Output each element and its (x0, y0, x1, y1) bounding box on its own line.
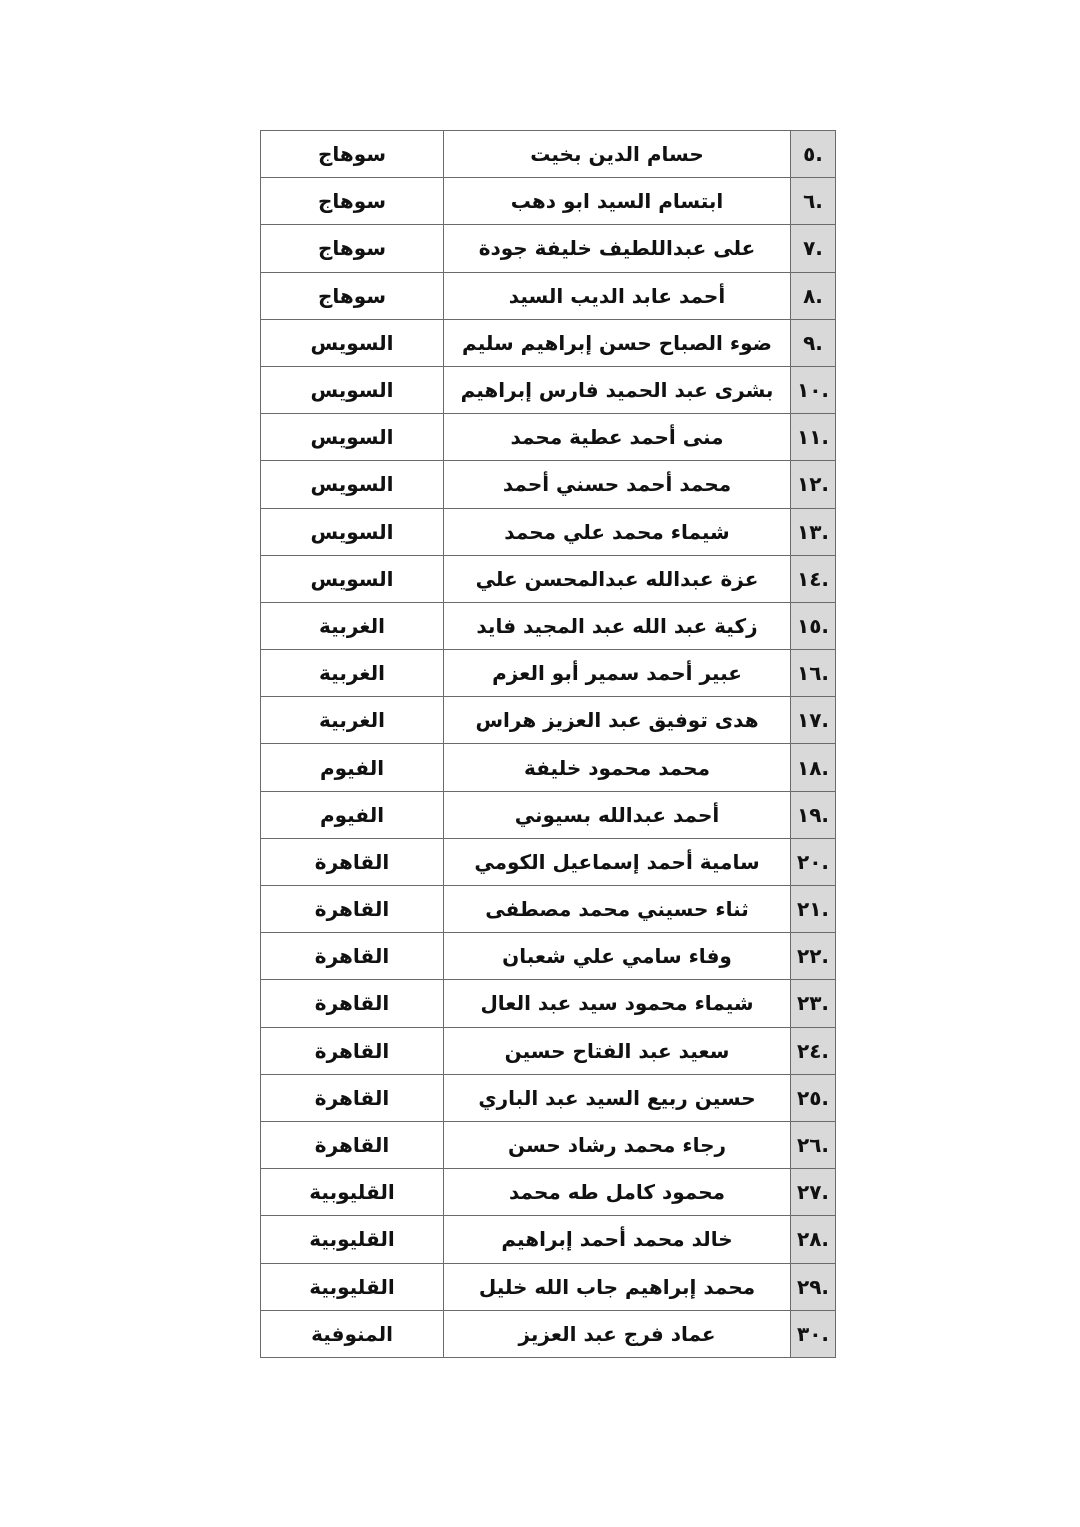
governorate-cell: سوهاج (261, 178, 444, 225)
governorate-cell: الغربية (261, 602, 444, 649)
person-name-cell: زكية عبد الله عبد المجيد فايد (444, 602, 791, 649)
table-row: .١٦عبير أحمد سمير أبو العزمالغربية (261, 650, 836, 697)
person-name-cell: ابتسام السيد ابو دهب (444, 178, 791, 225)
person-name-cell: هدى توفيق عبد العزيز هراس (444, 697, 791, 744)
row-number-cell: .٢١ (791, 886, 836, 933)
table-row: .٢٠سامية أحمد إسماعيل الكوميالقاهرة (261, 838, 836, 885)
person-name-cell: عزة عبدالله عبدالمحسن علي (444, 555, 791, 602)
person-name-cell: على عبداللطيف خليفة جودة (444, 225, 791, 272)
row-number-cell: .١٠ (791, 366, 836, 413)
row-number-cell: .٢٠ (791, 838, 836, 885)
person-name-cell: محمود كامل طه محمد (444, 1169, 791, 1216)
names-table: .٥حسام الدين بخيتسوهاج.٦ابتسام السيد ابو… (260, 130, 836, 1358)
table-row: .١٨محمد محمود خليفةالفيوم (261, 744, 836, 791)
governorate-cell: الفيوم (261, 744, 444, 791)
row-number-cell: .١٧ (791, 697, 836, 744)
table-row: .٢٩محمد إبراهيم جاب الله خليلالقليوبية (261, 1263, 836, 1310)
table-row: .٢٥حسين ربيع السيد عبد الباريالقاهرة (261, 1074, 836, 1121)
governorate-cell: القاهرة (261, 1074, 444, 1121)
table-row: .١٧هدى توفيق عبد العزيز هراسالغربية (261, 697, 836, 744)
row-number-cell: .١٣ (791, 508, 836, 555)
table-row: .١٠بشرى عبد الحميد فارس إبراهيمالسويس (261, 366, 836, 413)
table-row: .٨أحمد عابد الديب السيدسوهاج (261, 272, 836, 319)
governorate-cell: الغربية (261, 697, 444, 744)
table-row: .١٣شيماء محمد علي محمدالسويس (261, 508, 836, 555)
row-number-cell: .١٨ (791, 744, 836, 791)
person-name-cell: سامية أحمد إسماعيل الكومي (444, 838, 791, 885)
governorate-cell: القاهرة (261, 933, 444, 980)
person-name-cell: وفاء سامي علي شعبان (444, 933, 791, 980)
row-number-cell: .٣٠ (791, 1310, 836, 1357)
governorate-cell: القاهرة (261, 1121, 444, 1168)
table-row: .٩ضوء الصباح حسن إبراهيم سليمالسويس (261, 319, 836, 366)
row-number-cell: .٢٣ (791, 980, 836, 1027)
person-name-cell: شيماء محمود سيد عبد العال (444, 980, 791, 1027)
table-row: .٢٤سعيد عبد الفتاح حسينالقاهرة (261, 1027, 836, 1074)
row-number-cell: .١٦ (791, 650, 836, 697)
table-row: .٣٠عماد فرج عبد العزيزالمنوفية (261, 1310, 836, 1357)
row-number-cell: .٢٢ (791, 933, 836, 980)
governorate-cell: القليوبية (261, 1169, 444, 1216)
governorate-cell: سوهاج (261, 272, 444, 319)
table-row: .١٢محمد أحمد حسني أحمدالسويس (261, 461, 836, 508)
person-name-cell: ضوء الصباح حسن إبراهيم سليم (444, 319, 791, 366)
table-row: .٢١ثناء حسيني محمد مصطفىالقاهرة (261, 886, 836, 933)
table-row: .٦ابتسام السيد ابو دهبسوهاج (261, 178, 836, 225)
row-number-cell: .١٤ (791, 555, 836, 602)
table-row: .١٩أحمد عبدالله بسيونيالفيوم (261, 791, 836, 838)
row-number-cell: .٢٩ (791, 1263, 836, 1310)
document-page: .٥حسام الدين بخيتسوهاج.٦ابتسام السيد ابو… (0, 0, 1080, 1527)
person-name-cell: عماد فرج عبد العزيز (444, 1310, 791, 1357)
person-name-cell: رجاء محمد رشاد حسن (444, 1121, 791, 1168)
governorate-cell: السويس (261, 366, 444, 413)
row-number-cell: .٦ (791, 178, 836, 225)
person-name-cell: أحمد عبدالله بسيوني (444, 791, 791, 838)
person-name-cell: شيماء محمد علي محمد (444, 508, 791, 555)
table-row: .٢٣شيماء محمود سيد عبد العالالقاهرة (261, 980, 836, 1027)
governorate-cell: السويس (261, 319, 444, 366)
person-name-cell: عبير أحمد سمير أبو العزم (444, 650, 791, 697)
table-row: .١١منى أحمد عطية محمدالسويس (261, 414, 836, 461)
person-name-cell: منى أحمد عطية محمد (444, 414, 791, 461)
governorate-cell: القاهرة (261, 886, 444, 933)
names-table-body: .٥حسام الدين بخيتسوهاج.٦ابتسام السيد ابو… (261, 131, 836, 1358)
person-name-cell: ثناء حسيني محمد مصطفى (444, 886, 791, 933)
row-number-cell: .١٥ (791, 602, 836, 649)
governorate-cell: القاهرة (261, 838, 444, 885)
row-number-cell: .٩ (791, 319, 836, 366)
person-name-cell: محمد محمود خليفة (444, 744, 791, 791)
person-name-cell: حسام الدين بخيت (444, 131, 791, 178)
table-row: .٢٦رجاء محمد رشاد حسنالقاهرة (261, 1121, 836, 1168)
table-row: .٧على عبداللطيف خليفة جودةسوهاج (261, 225, 836, 272)
governorate-cell: السويس (261, 508, 444, 555)
governorate-cell: القليوبية (261, 1216, 444, 1263)
person-name-cell: أحمد عابد الديب السيد (444, 272, 791, 319)
person-name-cell: خالد محمد أحمد إبراهيم (444, 1216, 791, 1263)
governorate-cell: السويس (261, 461, 444, 508)
person-name-cell: محمد إبراهيم جاب الله خليل (444, 1263, 791, 1310)
governorate-cell: القليوبية (261, 1263, 444, 1310)
table-row: .٢٨خالد محمد أحمد إبراهيمالقليوبية (261, 1216, 836, 1263)
row-number-cell: .٢٥ (791, 1074, 836, 1121)
governorate-cell: سوهاج (261, 131, 444, 178)
governorate-cell: السويس (261, 414, 444, 461)
governorate-cell: القاهرة (261, 980, 444, 1027)
row-number-cell: .٢٦ (791, 1121, 836, 1168)
governorate-cell: الغربية (261, 650, 444, 697)
governorate-cell: سوهاج (261, 225, 444, 272)
person-name-cell: حسين ربيع السيد عبد الباري (444, 1074, 791, 1121)
row-number-cell: .٢٧ (791, 1169, 836, 1216)
table-row: .٢٧محمود كامل طه محمدالقليوبية (261, 1169, 836, 1216)
table-row: .١٥زكية عبد الله عبد المجيد فايدالغربية (261, 602, 836, 649)
table-row: .٢٢وفاء سامي علي شعبانالقاهرة (261, 933, 836, 980)
governorate-cell: الفيوم (261, 791, 444, 838)
row-number-cell: .٨ (791, 272, 836, 319)
governorate-cell: السويس (261, 555, 444, 602)
table-row: .٥حسام الدين بخيتسوهاج (261, 131, 836, 178)
row-number-cell: .١١ (791, 414, 836, 461)
person-name-cell: محمد أحمد حسني أحمد (444, 461, 791, 508)
row-number-cell: .١٩ (791, 791, 836, 838)
table-row: .١٤عزة عبدالله عبدالمحسن عليالسويس (261, 555, 836, 602)
row-number-cell: .٧ (791, 225, 836, 272)
person-name-cell: بشرى عبد الحميد فارس إبراهيم (444, 366, 791, 413)
governorate-cell: القاهرة (261, 1027, 444, 1074)
governorate-cell: المنوفية (261, 1310, 444, 1357)
row-number-cell: .٢٨ (791, 1216, 836, 1263)
person-name-cell: سعيد عبد الفتاح حسين (444, 1027, 791, 1074)
row-number-cell: .٥ (791, 131, 836, 178)
row-number-cell: .١٢ (791, 461, 836, 508)
row-number-cell: .٢٤ (791, 1027, 836, 1074)
